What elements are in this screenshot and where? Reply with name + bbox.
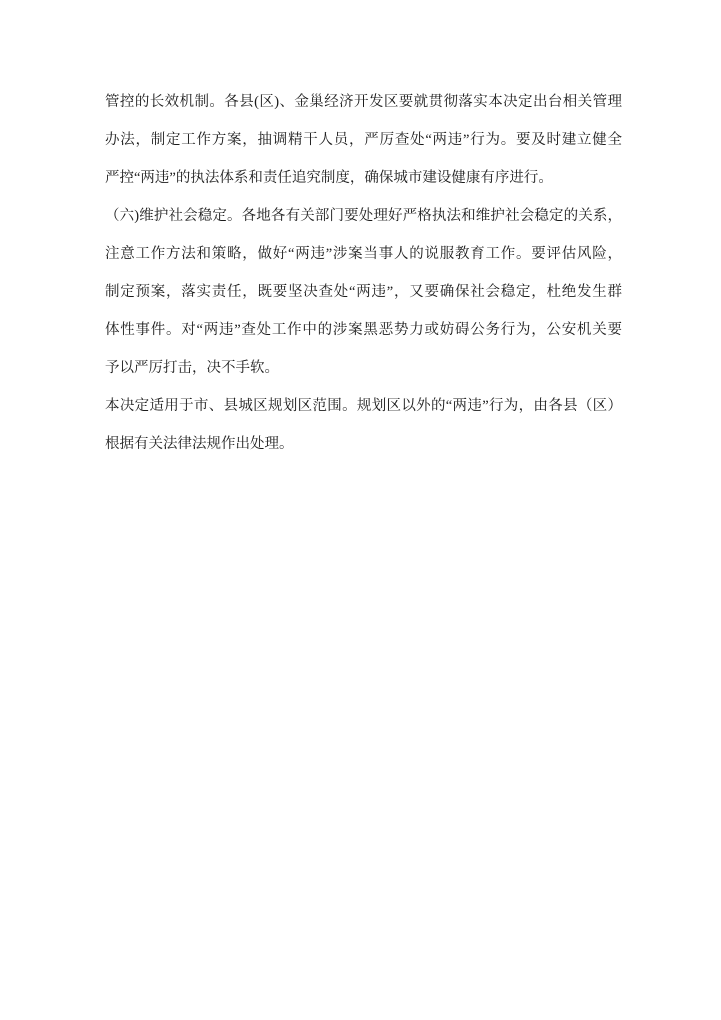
text-line: 注意工作方法和策略，做好“两违”涉案当事人的说服教育工作。要评估风险， [105, 235, 622, 273]
text-line paragraph-end: 根据有关法律法规作出处理。 [105, 425, 622, 463]
text-line: 办法，制定工作方案，抽调精干人员，严厉查处“两违”行为。要及时建立健全 [105, 121, 622, 159]
text-line paragraph-end: 严控“两违”的执法体系和责任追究制度，确保城市建设健康有序进行。 [105, 159, 622, 197]
text-line section-heading-line: （六)维护社会稳定。各地各有关部门要处理好严格执法和维护社会稳定的关系， [105, 197, 622, 235]
text-line paragraph-end: 予以严厉打击，决不手软。 [105, 349, 622, 387]
text-line: 制定预案，落实责任，既要坚决查处“两违”，又要确保社会稳定，杜绝发生群 [105, 273, 622, 311]
document-page: 管控的长效机制。各县(区)、金巢经济开发区要就贯彻落实本决定出台相关管理 办法，… [0, 0, 721, 1020]
text-line: 管控的长效机制。各县(区)、金巢经济开发区要就贯彻落实本决定出台相关管理 [105, 83, 622, 121]
document-body: 管控的长效机制。各县(区)、金巢经济开发区要就贯彻落实本决定出台相关管理 办法，… [105, 83, 622, 463]
text-line: 体性事件。对“两违”查处工作中的涉案黑恶势力或妨碍公务行为，公安机关要 [105, 311, 622, 349]
text-line: 本决定适用于市、县城区规划区范围。规划区以外的“两违”行为，由各县（区） [105, 387, 622, 425]
